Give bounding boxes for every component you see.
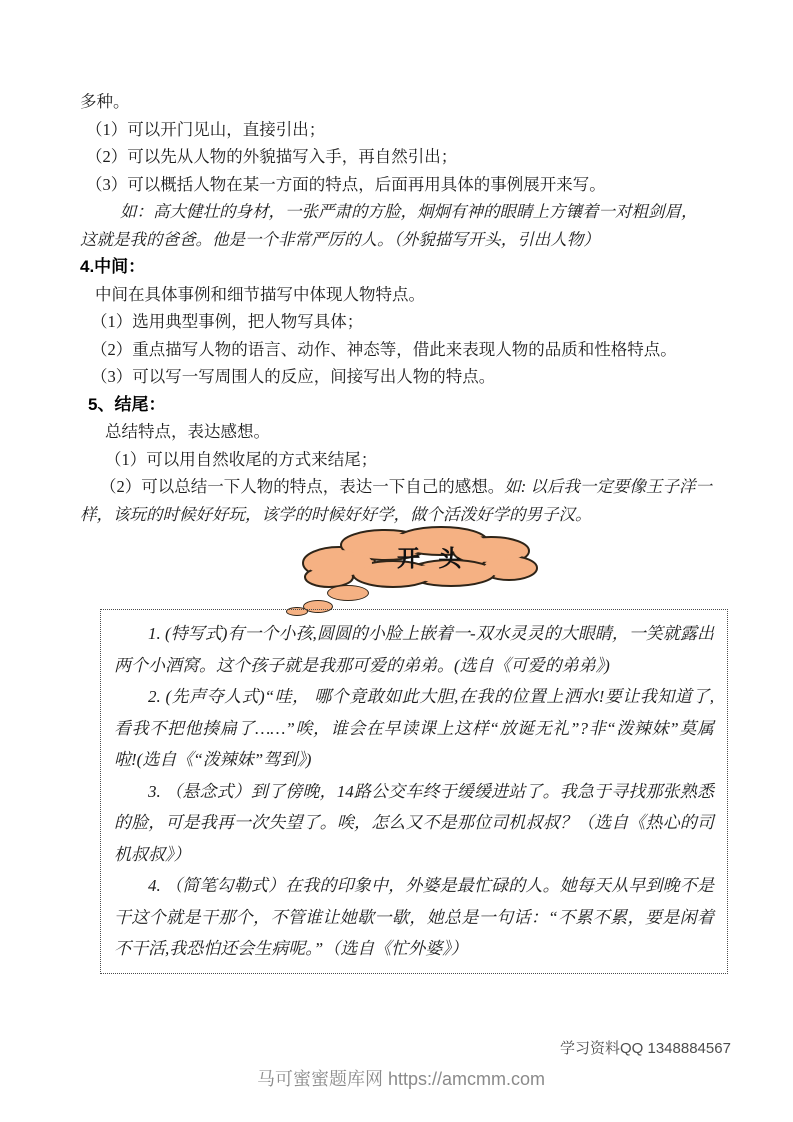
intro-point-2: （2）可以先从人物的外貌描写入手，再自然引出； bbox=[80, 143, 713, 171]
section-4-heading: 4.中间： bbox=[80, 253, 713, 281]
example-paragraph-1: 1. (特写式)有一个小孩,圆圆的小脸上嵌着一-双水灵灵的大眼睛，一笑就露出两个… bbox=[114, 618, 714, 681]
intro-lead: 多种。 bbox=[80, 88, 713, 116]
intro-point-3: （3）可以概括人物在某一方面的特点，后面再用具体的事例展开来写。 bbox=[80, 171, 713, 199]
footer-site-watermark: 马可蜜蜜题库网 https://amcmm.com bbox=[257, 1065, 545, 1091]
document-page: 多种。 （1）可以开门见山，直接引出； （2）可以先从人物的外貌描写入手，再自然… bbox=[0, 0, 793, 1122]
footer-qq-info: 学习资料QQ 1348884567 bbox=[560, 1037, 731, 1058]
section-5-point-2-text: （2）可以总结一下人物的特点，表达一下自己的感想。 bbox=[100, 477, 504, 496]
section-4-point-1: （1）选用典型事例，把人物写具体； bbox=[80, 308, 713, 336]
section-4-desc: 中间在具体事例和细节描写中体现人物特点。 bbox=[80, 281, 713, 309]
section-5-desc: 总结特点，表达感想。 bbox=[80, 418, 713, 446]
thought-trail-bubble-1 bbox=[327, 585, 369, 601]
example-paragraph-2: 2. (先声夺人式)“哇， 哪个竟敢如此大胆,在我的位置上洒水!要让我知道了,看… bbox=[114, 681, 714, 776]
cloud-callout: 开 头 bbox=[293, 523, 551, 593]
main-text: 多种。 （1）可以开门见山，直接引出； （2）可以先从人物的外貌描写入手，再自然… bbox=[80, 88, 713, 528]
section-5-point-1: （1）可以用自然收尾的方式来结尾； bbox=[80, 446, 713, 474]
section-5-point-2: （2）可以总结一下人物的特点，表达一下自己的感想。如: 以后我一定要像王子洋一样… bbox=[80, 473, 713, 528]
intro-point-1: （1）可以开门见山，直接引出； bbox=[80, 116, 713, 144]
examples-box: 1. (特写式)有一个小孩,圆圆的小脸上嵌着一-双水灵灵的大眼睛，一笑就露出两个… bbox=[100, 609, 728, 974]
section-4-point-3: （3）可以写一写周围人的反应，间接写出人物的特点。 bbox=[80, 363, 713, 391]
cloud-label: 开 头 bbox=[397, 545, 467, 571]
section-4-point-2: （2）重点描写人物的语言、动作、神态等，借此来表现人物的品质和性格特点。 bbox=[80, 336, 713, 364]
intro-example: 如：高大健壮的身材，一张严肃的方脸，炯炯有神的眼睛上方镶着一对粗剑眉，这就是我的… bbox=[80, 198, 713, 253]
example-paragraph-4: 4. （简笔勾勒式）在我的印象中，外婆是最忙碌的人。她每天从早到晚不是干这个就是… bbox=[114, 870, 714, 965]
section-5-heading: 5、结尾： bbox=[80, 391, 713, 419]
example-paragraph-3: 3. （悬念式）到了傍晚，14路公交车终于缓缓进站了。我急于寻找那张熟悉的脸，可… bbox=[114, 776, 714, 871]
